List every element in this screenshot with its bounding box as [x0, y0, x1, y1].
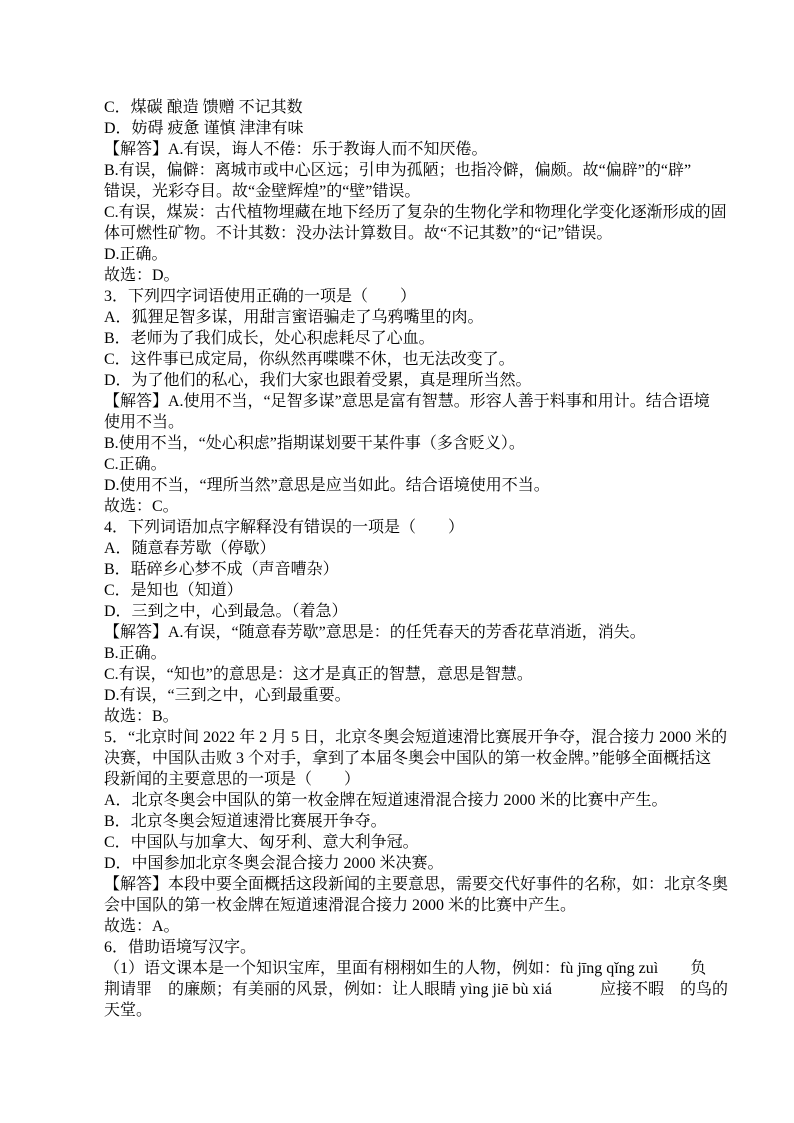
document-text-line: 【解答】A.有误，“随意春芳歇”意思是：的任凭春天的芳香花草消逝，消失。: [104, 622, 718, 643]
document-text-line: 故选：C。: [104, 496, 718, 517]
document-text-line: A．随意春芳歇（停歇）: [104, 538, 718, 559]
document-text-line: D．妨碍 疲惫 谨慎 津津有味: [104, 118, 718, 139]
document-body: C．煤碳 酿造 馈赠 不记其数 D．妨碍 疲惫 谨慎 津津有味 【解答】A.有误…: [104, 97, 718, 1021]
document-text-line: D.使用不当，“理所当然”意思是应当如此。结合语境使用不当。: [104, 475, 718, 496]
document-text-line: A．北京冬奥会中国队的第一枚金牌在短道速滑混合接力 2000 米的比赛中产生。: [104, 790, 718, 811]
document-text-line: C．煤碳 酿造 馈赠 不记其数: [104, 97, 718, 118]
document-text-line: 【解答】A.有误，诲人不倦：乐于教诲人而不知厌倦。: [104, 139, 718, 160]
document-text-line: B．北京冬奥会短道速滑比赛展开争夺。: [104, 811, 718, 832]
document-text-line: D.正确。: [104, 244, 718, 265]
document-text-line: 错误，光彩夺目。故“金壁辉煌”的“壁”错误。: [104, 181, 718, 202]
document-text-line: 荆请罪 的廉颇；有美丽的风景，例如：让人眼睛 yìng jiē bù xiá 应…: [104, 979, 718, 1000]
document-text-line: D．中国参加北京冬奥会混合接力 2000 米决赛。: [104, 853, 718, 874]
document-text-line: B．老师为了我们成长，处心积虑耗尽了心血。: [104, 328, 718, 349]
document-text-line: 6．借助语境写汉字。: [104, 937, 718, 958]
document-text-line: B.正确。: [104, 643, 718, 664]
document-text-line: 故选：D。: [104, 265, 718, 286]
document-text-line: 体可燃性矿物。不计其数：没办法计算数目。故“不记其数”的“记”错误。: [104, 223, 718, 244]
document-text-line: 【解答】本段中要全面概括这段新闻的主要意思，需要交代好事件的名称，如：北京冬奥: [104, 874, 718, 895]
document-text-line: C.有误，“知也”的意思是：这才是真正的智慧，意思是智慧。: [104, 664, 718, 685]
document-text-line: D.有误，“三到之中，心到最重要。: [104, 685, 718, 706]
document-text-line: 使用不当。: [104, 412, 718, 433]
document-text-line: 段新闻的主要意思的一项是（ ）: [104, 769, 718, 790]
document-text-line: 【解答】A.使用不当，“足智多谋”意思是富有智慧。形容人善于料事和用计。结合语境: [104, 391, 718, 412]
document-text-line: B.有误，偏僻：离城市或中心区远；引申为孤陋；也指冷僻，偏颇。故“偏辟”的“辟”: [104, 160, 718, 181]
document-text-line: 3．下列四字词语使用正确的一项是（ ）: [104, 286, 718, 307]
document-text-line: D．为了他们的私心，我们大家也跟着受累，真是理所当然。: [104, 370, 718, 391]
document-text-line: C.正确。: [104, 454, 718, 475]
document-text-line: A．狐狸足智多谋，用甜言蜜语骗走了乌鸦嘴里的肉。: [104, 307, 718, 328]
document-text-line: 故选：B。: [104, 706, 718, 727]
document-text-line: 5．“北京时间 2022 年 2 月 5 日，北京冬奥会短道速滑比赛展开争夺，混…: [104, 727, 718, 748]
document-text-line: C．是知也（知道）: [104, 580, 718, 601]
document-page: C．煤碳 酿造 馈赠 不记其数 D．妨碍 疲惫 谨慎 津津有味 【解答】A.有误…: [0, 0, 794, 1123]
document-text-line: C．这件事已成定局，你纵然再喋喋不休，也无法改变了。: [104, 349, 718, 370]
document-text-line: D．三到之中，心到最急。（着急）: [104, 601, 718, 622]
document-text-line: （1）语文课本是一个知识宝库，里面有栩栩如生的人物，例如：fù jīng qǐn…: [104, 958, 718, 979]
document-text-line: 会中国队的第一枚金牌在短道速滑混合接力 2000 米的比赛中产生。: [104, 895, 718, 916]
document-text-line: 决赛，中国队击败 3 个对手，拿到了本届冬奥会中国队的第一枚金牌。”能够全面概括…: [104, 748, 718, 769]
document-text-line: 故选：A。: [104, 916, 718, 937]
document-text-line: 天堂。: [104, 1000, 718, 1021]
document-text-line: C．中国队与加拿大、匈牙利、意大利争冠。: [104, 832, 718, 853]
document-text-line: C.有误，煤炭：古代植物埋藏在地下经历了复杂的生物化学和物理化学变化逐渐形成的固: [104, 202, 718, 223]
document-text-line: B．聒碎乡心梦不成（声音嘈杂）: [104, 559, 718, 580]
document-text-line: 4．下列词语加点字解释没有错误的一项是（ ）: [104, 517, 718, 538]
document-text-line: B.使用不当，“处心积虑”指期谋划要干某件事（多含贬义）。: [104, 433, 718, 454]
